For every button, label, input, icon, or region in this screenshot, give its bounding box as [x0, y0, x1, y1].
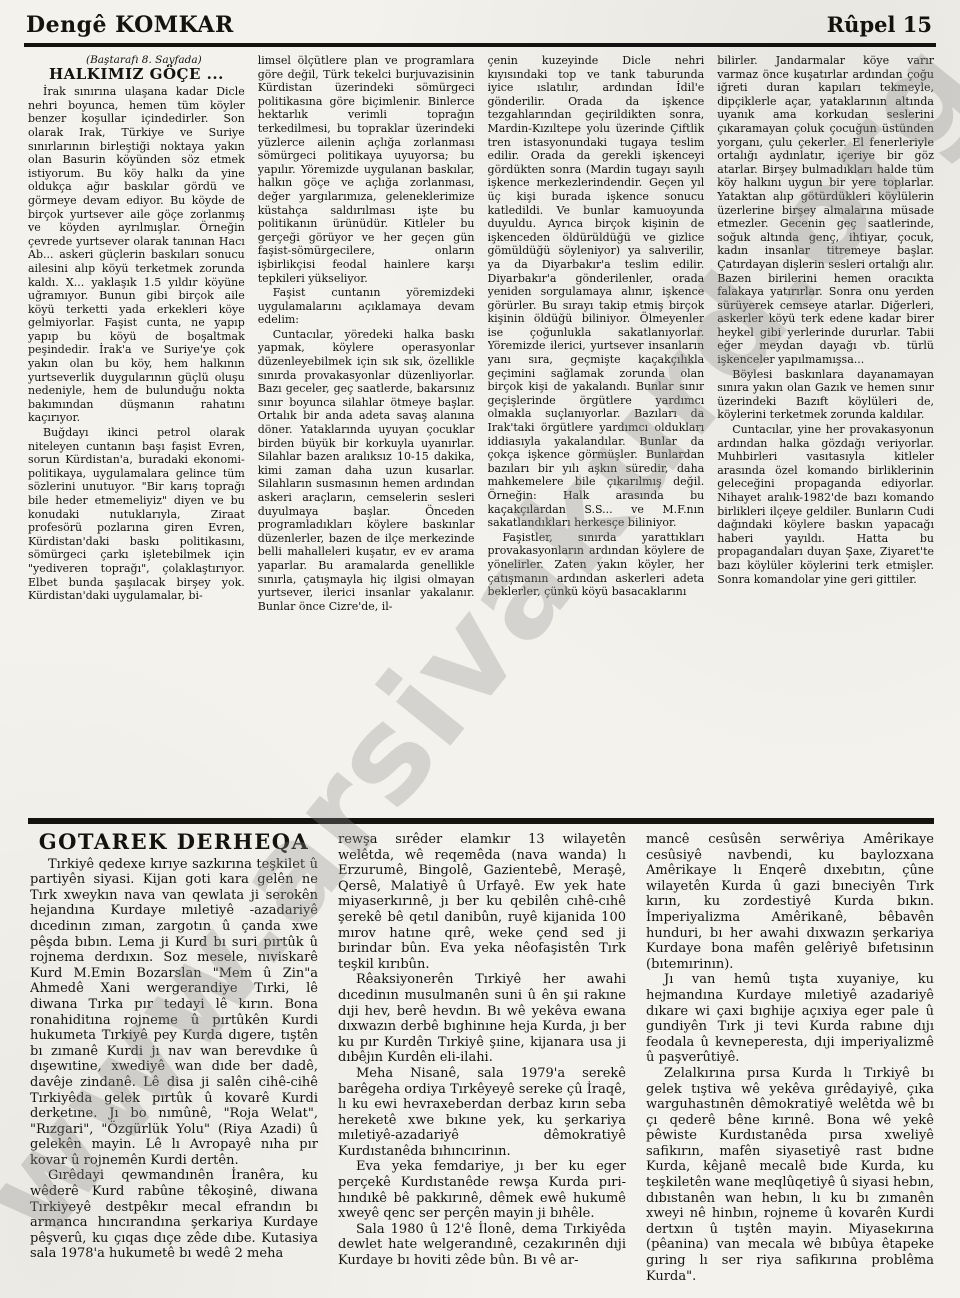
paragraph: Faşist cuntanın yöremizdeki uygulamaları…	[258, 286, 475, 327]
newspaper-page: www.arsivakurd.org Dengê KOMKAR Rûpel 15…	[0, 0, 960, 1298]
top-article-section: (Baştarafı 8. Sayfada) HALKIMIZ GÖÇE ...…	[0, 47, 960, 809]
paragraph: İrak sınırına ulaşana kadar Dicle nehri …	[28, 85, 245, 425]
top-article-column-2: limsel ölçütlere plan ve programlara gör…	[258, 54, 475, 809]
bottom-article-section: GOTAREK DERHEQA Tırkiyê qedexe kırıye sa…	[0, 832, 960, 1284]
paragraph: çenin kuzeyinde Dicle nehri kıyısındaki …	[488, 54, 705, 530]
top-article-column-3: çenin kuzeyinde Dicle nehri kıyısındaki …	[488, 54, 705, 809]
paragraph: Meha Nisanê, sala 1979'a serekê barêgeha…	[338, 1066, 626, 1160]
column-text: mancê cesûsên serwêriya Amêrikaye cesûsi…	[646, 832, 934, 1284]
top-article-column-1: (Baştarafı 8. Sayfada) HALKIMIZ GÖÇE ...…	[28, 54, 245, 809]
paragraph: mancê cesûsên serwêriya Amêrikaye cesûsi…	[646, 832, 934, 972]
paragraph: Gırêdayi qewmandınên İranêra, ku wêderê …	[30, 1168, 318, 1262]
paragraph: limsel ölçütlere plan ve programlara gör…	[258, 54, 475, 285]
column-text: bilirler. Jandarmalar köye varır varmaz …	[717, 54, 934, 586]
paragraph: Zelalkırına pırsa Kurda lı Tırkiyê bı ge…	[646, 1066, 934, 1284]
bottom-article-column-1: GOTAREK DERHEQA Tırkiyê qedexe kırıye sa…	[30, 832, 318, 1284]
paragraph: Eva yeka femdariye, jı ber ku eger perçe…	[338, 1159, 626, 1221]
newspaper-title: Dengê KOMKAR	[26, 12, 234, 38]
paragraph: rewşa sırêder elamkır 13 wilayetên welêt…	[338, 832, 626, 972]
paragraph: Faşistler, sınırda yarattıkları provakas…	[488, 531, 705, 599]
paragraph: Jı van hemû tışta xuyaniye, ku hejmandın…	[646, 972, 934, 1066]
paragraph: bilirler. Jandarmalar köye varır varmaz …	[717, 54, 934, 367]
page-number-label: Rûpel 15	[827, 12, 932, 37]
section-divider-rule	[28, 818, 934, 824]
paragraph: Cuntacılar, yine her provakasyonun ardın…	[717, 423, 934, 586]
top-article-column-4: bilirler. Jandarmalar köye varır varmaz …	[717, 54, 934, 809]
column-text: çenin kuzeyinde Dicle nehri kıyısındaki …	[488, 54, 705, 599]
column-text: Tırkiyê qedexe kırıye sazkırına teşkilet…	[30, 857, 318, 1262]
paragraph: Böylesi baskınlara dayanamayan sınıra ya…	[717, 368, 934, 422]
column-text: rewşa sırêder elamkır 13 wilayetên welêt…	[338, 832, 626, 1269]
paragraph: Sala 1980 û 12'ê İlonê, dema Tırkiyêda d…	[338, 1222, 626, 1269]
paragraph: Buğdayı ikinci petrol olarak niteleyen c…	[28, 426, 245, 603]
paragraph: Tırkiyê qedexe kırıye sazkırına teşkilet…	[30, 857, 318, 1169]
top-article-headline: HALKIMIZ GÖÇE ...	[28, 68, 245, 82]
bottom-article-headline: GOTAREK DERHEQA	[30, 834, 318, 850]
bottom-article-column-2: rewşa sırêder elamkır 13 wilayetên welêt…	[338, 832, 626, 1284]
column-text: İrak sınırına ulaşana kadar Dicle nehri …	[28, 85, 245, 603]
paragraph: Rêaksiyonerên Tırkiyê her awahi dıcedinı…	[338, 972, 626, 1066]
bottom-article-column-3: mancê cesûsên serwêriya Amêrikaye cesûsi…	[646, 832, 934, 1284]
paragraph: Cuntacılar, yöredeki halka baskı yapmak,…	[258, 328, 475, 613]
masthead: Dengê KOMKAR Rûpel 15	[0, 0, 960, 38]
column-text: limsel ölçütlere plan ve programlara gör…	[258, 54, 475, 613]
